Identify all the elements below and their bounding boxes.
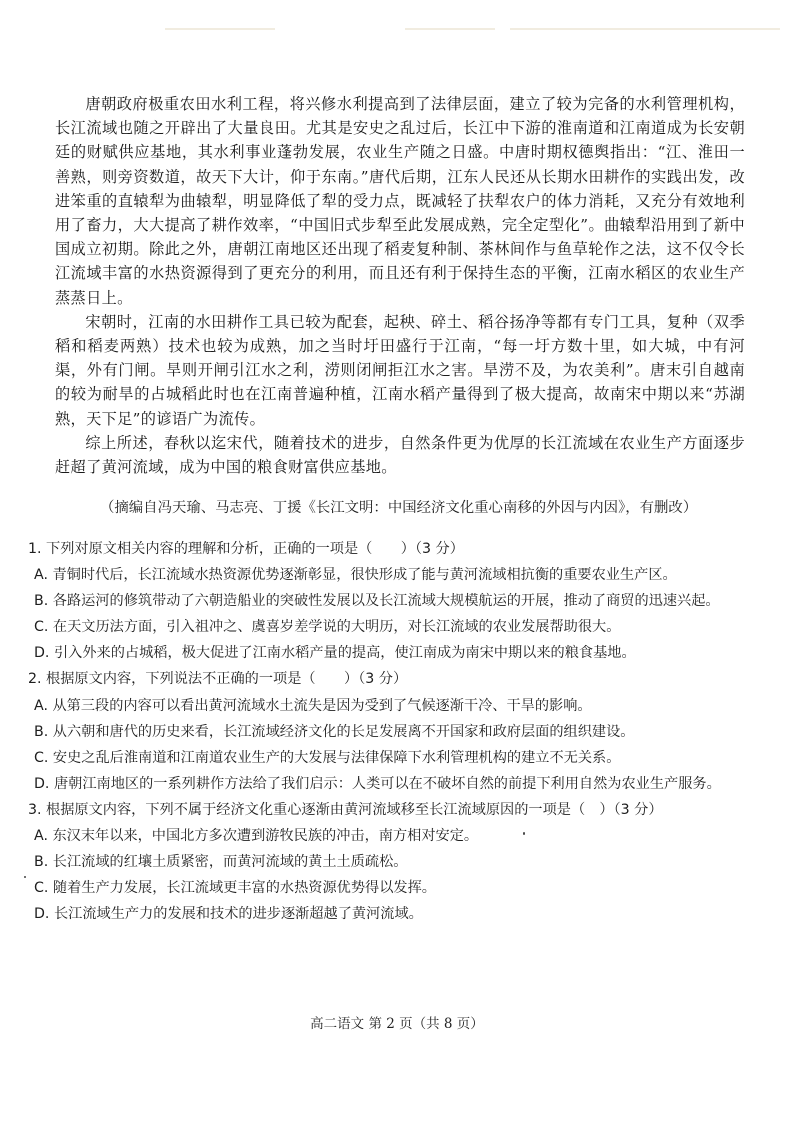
scan-edge-line [510,28,780,30]
passage-paragraph-3: 综上所述，春秋以迄宋代，随着技术的进步，自然条件更为优厚的长江流域在农业生产方面… [55,431,745,479]
page-footer: 高二语文 第 2 页（共 8 页） [0,1012,794,1032]
option-d: D. 唐朝江南地区的一系列耕作方法给了我们启示：人类可以在不破坏自然的前提下利用… [34,771,768,797]
scan-edge-line [165,28,275,30]
option-d: D. 引入外来的占城稻，极大促进了江南水稻产量的提高，使江南成为南宋中期以来的粮… [34,640,768,666]
scan-edge-line [405,28,495,30]
option-c: C. 随着生产力发展，长江流域更丰富的水热资源优势得以发挥。 [34,875,768,901]
question-stem: 3. 根据原文内容，下列不属于经济文化重心逐渐由黄河流域移至长江流域原因的一项是… [28,797,768,823]
question-2: 2. 根据原文内容，下列说法不正确的一项是（ ）（3 分） A. 从第三段的内容… [28,666,768,796]
option-b: B. 长江流域的红壤土质紧密，而黄河流域的黄土土质疏松。 [34,849,768,875]
question-1: 1. 下列对原文相关内容的理解和分析，正确的一项是（ ）（3 分） A. 青铜时… [28,536,768,666]
scan-speck [523,832,525,835]
option-a: A. 东汉末年以来，中国北方多次遭到游牧民族的冲击，南方相对安定。 [34,823,768,849]
option-b: B. 各路运河的修筑带动了六朝造船业的突破性发展以及长江流域大规模航运的开展，推… [34,588,768,614]
scan-speck [24,876,26,878]
option-c: C. 安史之乱后淮南道和江南道农业生产的大发展与法律保障下水利管理机构的建立不无… [34,745,768,771]
passage-paragraph-2: 宋朝时，江南的水田耕作工具已较为配套，起秧、碎土、稻谷扬净等都有专门工具，复种（… [55,310,745,431]
passage-paragraph-1: 唐朝政府极重农田水利工程，将兴修水利提高到了法律层面，建立了较为完备的水利管理机… [55,92,745,310]
option-d: D. 长江流域生产力的发展和技术的进步逐渐超越了黄河流域。 [34,901,768,927]
question-3: 3. 根据原文内容，下列不属于经济文化重心逐渐由黄河流域移至长江流域原因的一项是… [28,797,768,927]
reading-passage: 唐朝政府极重农田水利工程，将兴修水利提高到了法律层面，建立了较为完备的水利管理机… [55,42,745,479]
scan-speck [150,322,152,324]
question-stem: 2. 根据原文内容，下列说法不正确的一项是（ ）（3 分） [28,666,768,692]
question-list: 1. 下列对原文相关内容的理解和分析，正确的一项是（ ）（3 分） A. 青铜时… [28,536,768,927]
option-a: A. 从第三段的内容可以看出黄河流域水土流失是因为受到了气候逐渐干冷、干旱的影响… [34,693,768,719]
source-citation: （摘编自冯天瑜、马志亮、丁援《长江文明：中国经济文化重心南移的外因与内因》，有删… [100,496,780,517]
option-b: B. 从六朝和唐代的历史来看，长江流域经济文化的长足发展离不开国家和政府层面的组… [34,719,768,745]
question-stem: 1. 下列对原文相关内容的理解和分析，正确的一项是（ ）（3 分） [28,536,768,562]
option-c: C. 在天文历法方面，引入祖冲之、虞喜岁差学说的大明历，对长江流域的农业发展帮助… [34,614,768,640]
option-a: A. 青铜时代后，长江流域水热资源优势逐渐彰显，很快形成了能与黄河流域相抗衡的重… [34,562,768,588]
